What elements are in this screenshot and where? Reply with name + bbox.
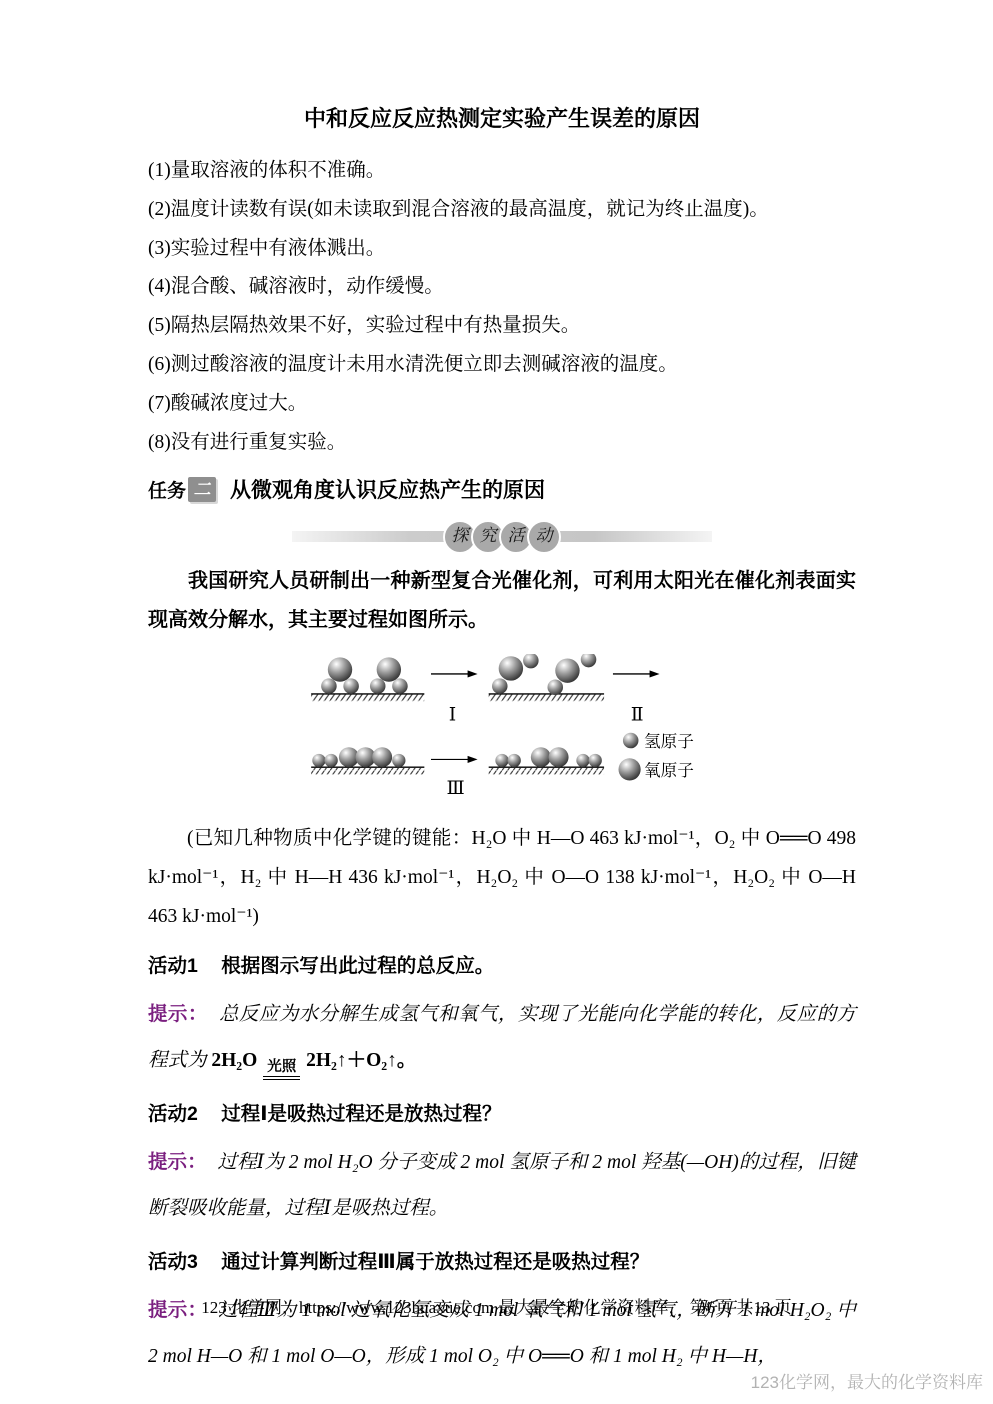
oxygen-atom-icon (618, 759, 640, 781)
task-title: 从微观角度认识反应热产生的原因 (230, 474, 545, 504)
hydrogen-atom-icon (623, 733, 639, 749)
surface-4 (489, 768, 604, 775)
page-content: 中和反应反应热测定实验产生误差的原因 (1)量取溶液的体积不准确。 (2)温度计… (148, 104, 856, 1390)
activity-3-label: 活动3 (148, 1251, 198, 1273)
reaction-arrow-1 (431, 671, 478, 678)
activity-1-question: 根据图示写出此过程的总反应。 (221, 955, 494, 977)
document-page: 中和反应反应热测定实验产生误差的原因 (1)量取溶液的体积不准确。 (2)温度计… (0, 0, 993, 1404)
surface-3 (311, 768, 424, 775)
error-reasons-list: (1)量取溶液的体积不准确。 (2)温度计读数有误(如未读取到混合溶液的最高温度… (148, 152, 856, 462)
intro-paragraph: 我国研究人员研制出一种新型复合光催化剂，可利用太阳光在催化剂表面实现高效分解水，… (148, 562, 856, 640)
reaction-condition: 光照 (263, 1059, 300, 1080)
activity-2-label: 活动2 (148, 1103, 198, 1125)
error-item-4: (4)混合酸、碱溶液时，动作缓慢。 (148, 268, 856, 307)
hint-2-text: 过程Ⅰ为 2 mol H₂O 分子变成 2 mol 氢原子和 2 mol 羟基(… (148, 1152, 856, 1219)
process-label-2: Ⅱ (631, 705, 644, 726)
peroxide-chain (312, 748, 405, 768)
product-molecules (495, 748, 602, 768)
banner-circle-char: 动 (527, 520, 561, 554)
task-word: 任务 (148, 476, 186, 503)
dissociated-cluster-1 (492, 654, 539, 694)
bond-energy-note: (已知几种物质中化学键的键能：H₂O 中 H—O 463 kJ·mol⁻¹，O₂… (148, 819, 856, 936)
activity-1-label: 活动1 (148, 955, 198, 977)
error-item-5: (5)隔热层隔热效果不好，实验过程中有热量损失。 (148, 307, 856, 346)
page-footer: 123 化学网，https://www.123huaxue.com 最大最全的化… (0, 1293, 993, 1318)
activity-1-heading: 活动1 根据图示写出此过程的总反应。 (148, 951, 856, 981)
photocatalysis-figure: Ⅰ Ⅱ (148, 654, 856, 811)
site-watermark: 123化学网，最大的化学资料库 (751, 1368, 983, 1393)
water-molecule-1 (321, 658, 359, 695)
process-label-3: Ⅲ (447, 778, 465, 799)
inquiry-activity-banner: 探 究 活 动 (292, 520, 712, 552)
error-item-1: (1)量取溶液的体积不准确。 (148, 152, 856, 191)
legend-hydrogen-label: 氢原子 (644, 733, 694, 752)
legend-oxygen-label: 氧原子 (644, 761, 694, 780)
error-item-2: (2)温度计读数有误(如未读取到混合溶液的最高温度，就记为终止温度)。 (148, 191, 856, 230)
surface-1 (311, 694, 424, 701)
page-title: 中和反应反应热测定实验产生误差的原因 (148, 104, 856, 134)
hint-1-label: 提示： (148, 1003, 208, 1025)
hint-2: 提示： 过程Ⅰ为 2 mol H₂O 分子变成 2 mol 氢原子和 2 mol… (148, 1139, 856, 1232)
task-number-badge: 二 (188, 477, 216, 502)
activity-3-question: 通过计算判断过程Ⅲ属于放热过程还是吸热过程？ (221, 1251, 649, 1273)
figure-canvas: Ⅰ Ⅱ (302, 654, 702, 806)
task-heading: 任务 二 从微观角度认识反应热产生的原因 (148, 470, 856, 508)
activity-3-heading: 活动3 通过计算判断过程Ⅲ属于放热过程还是吸热过程？ (148, 1247, 856, 1277)
error-item-3: (3)实验过程中有液体溅出。 (148, 230, 856, 269)
error-item-6: (6)测过酸溶液的温度计未用水清洗便立即去测碱溶液的温度。 (148, 346, 856, 385)
legend: 氢原子 氧原子 (618, 733, 693, 781)
activity-2-question: 过程Ⅰ是吸热过程还是放热过程？ (221, 1103, 501, 1125)
hint-2-label: 提示： (148, 1151, 207, 1173)
banner-circles: 探 究 活 动 (443, 520, 561, 554)
dissociated-cluster-2 (547, 654, 596, 695)
equation-reactant: 2H₂O (211, 1050, 257, 1071)
error-item-8: (8)没有进行重复实验。 (148, 424, 856, 463)
water-molecule-2 (370, 658, 408, 695)
reaction-arrow-2 (613, 671, 660, 678)
activity-2-heading: 活动2 过程Ⅰ是吸热过程还是放热过程？ (148, 1099, 856, 1129)
error-item-7: (7)酸碱浓度过大。 (148, 385, 856, 424)
equation-products: 2H₂↑＋O₂↑。 (306, 1050, 416, 1071)
reaction-arrow-3 (431, 756, 478, 763)
hint-1: 提示： 总反应为水分解生成氢气和氧气，实现了光能向化学能的转化，反应的方程式为 … (148, 991, 856, 1084)
process-label-1: Ⅰ (449, 705, 456, 726)
surface-2 (489, 694, 604, 701)
